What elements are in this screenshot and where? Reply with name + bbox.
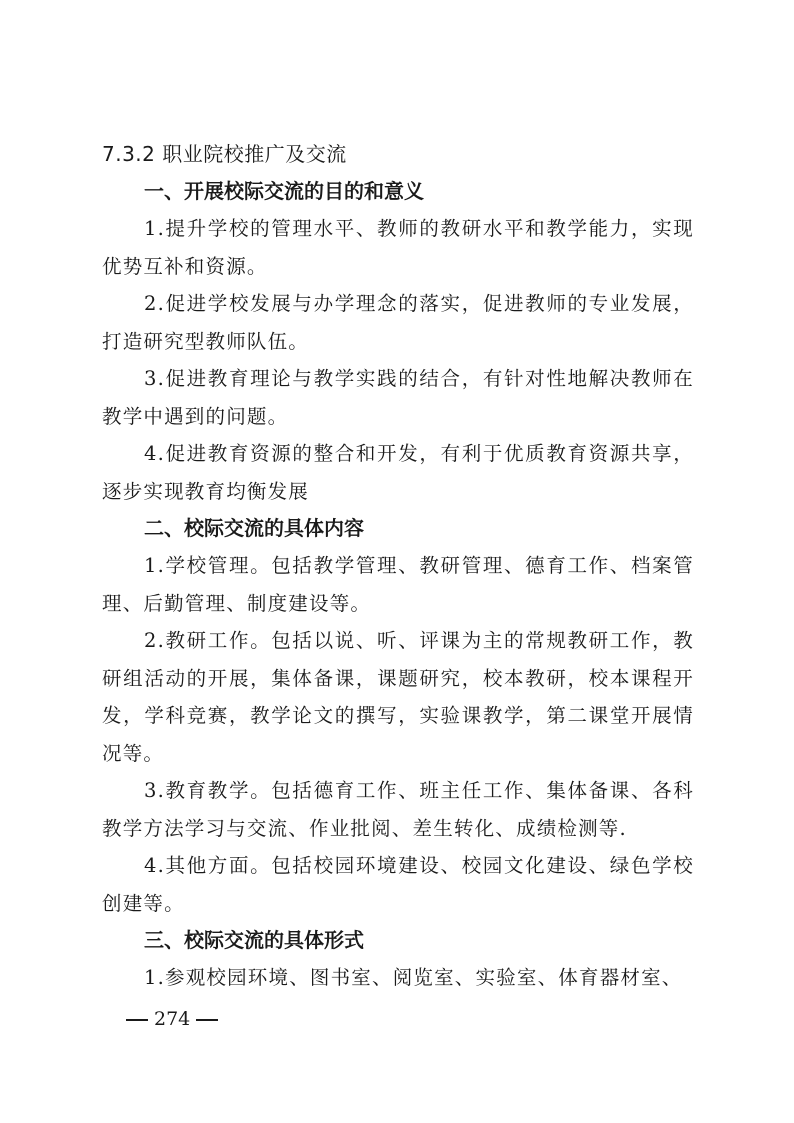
page-number: 274 bbox=[154, 1008, 190, 1030]
paragraph: 2.促进学校发展与办学理念的落实，促进教师的专业发展，打造研究型教师队伍。 bbox=[102, 285, 694, 360]
paragraph: 1.提升学校的管理水平、教师的教研水平和教学能力，实现优势互补和资源。 bbox=[102, 210, 694, 285]
page-footer: 274 bbox=[120, 1005, 224, 1033]
heading-purpose: 一、开展校际交流的目的和意义 bbox=[102, 173, 694, 210]
document-page: 7.3.2 职业院校推广及交流 一、开展校际交流的目的和意义 1.提升学校的管理… bbox=[102, 136, 694, 997]
heading-content: 二、校际交流的具体内容 bbox=[102, 510, 694, 547]
paragraph: 3.促进教育理论与教学实践的结合，有针对性地解决教师在教学中遇到的问题。 bbox=[102, 360, 694, 435]
paragraph: 4.促进教育资源的整合和开发，有利于优质教育资源共享，逐步实现教育均衡发展 bbox=[102, 435, 694, 510]
paragraph: 2.教研工作。包括以说、听、评课为主的常规教研工作，教研组活动的开展，集体备课，… bbox=[102, 622, 694, 772]
dash-right bbox=[196, 1019, 218, 1021]
paragraph: 1.学校管理。包括教学管理、教研管理、德育工作、档案管理、后勤管理、制度建设等。 bbox=[102, 547, 694, 622]
paragraph: 3.教育教学。包括德育工作、班主任工作、集体备课、各科教学方法学习与交流、作业批… bbox=[102, 772, 694, 847]
paragraph: 4.其他方面。包括校园环境建设、校园文化建设、绿色学校创建等。 bbox=[102, 847, 694, 922]
heading-forms: 三、校际交流的具体形式 bbox=[102, 922, 694, 959]
paragraph: 1.参观校园环境、图书室、阅览室、实验室、体育器材室、 bbox=[102, 959, 694, 997]
dash-left bbox=[126, 1019, 148, 1021]
section-title: 7.3.2 职业院校推广及交流 bbox=[102, 136, 694, 173]
